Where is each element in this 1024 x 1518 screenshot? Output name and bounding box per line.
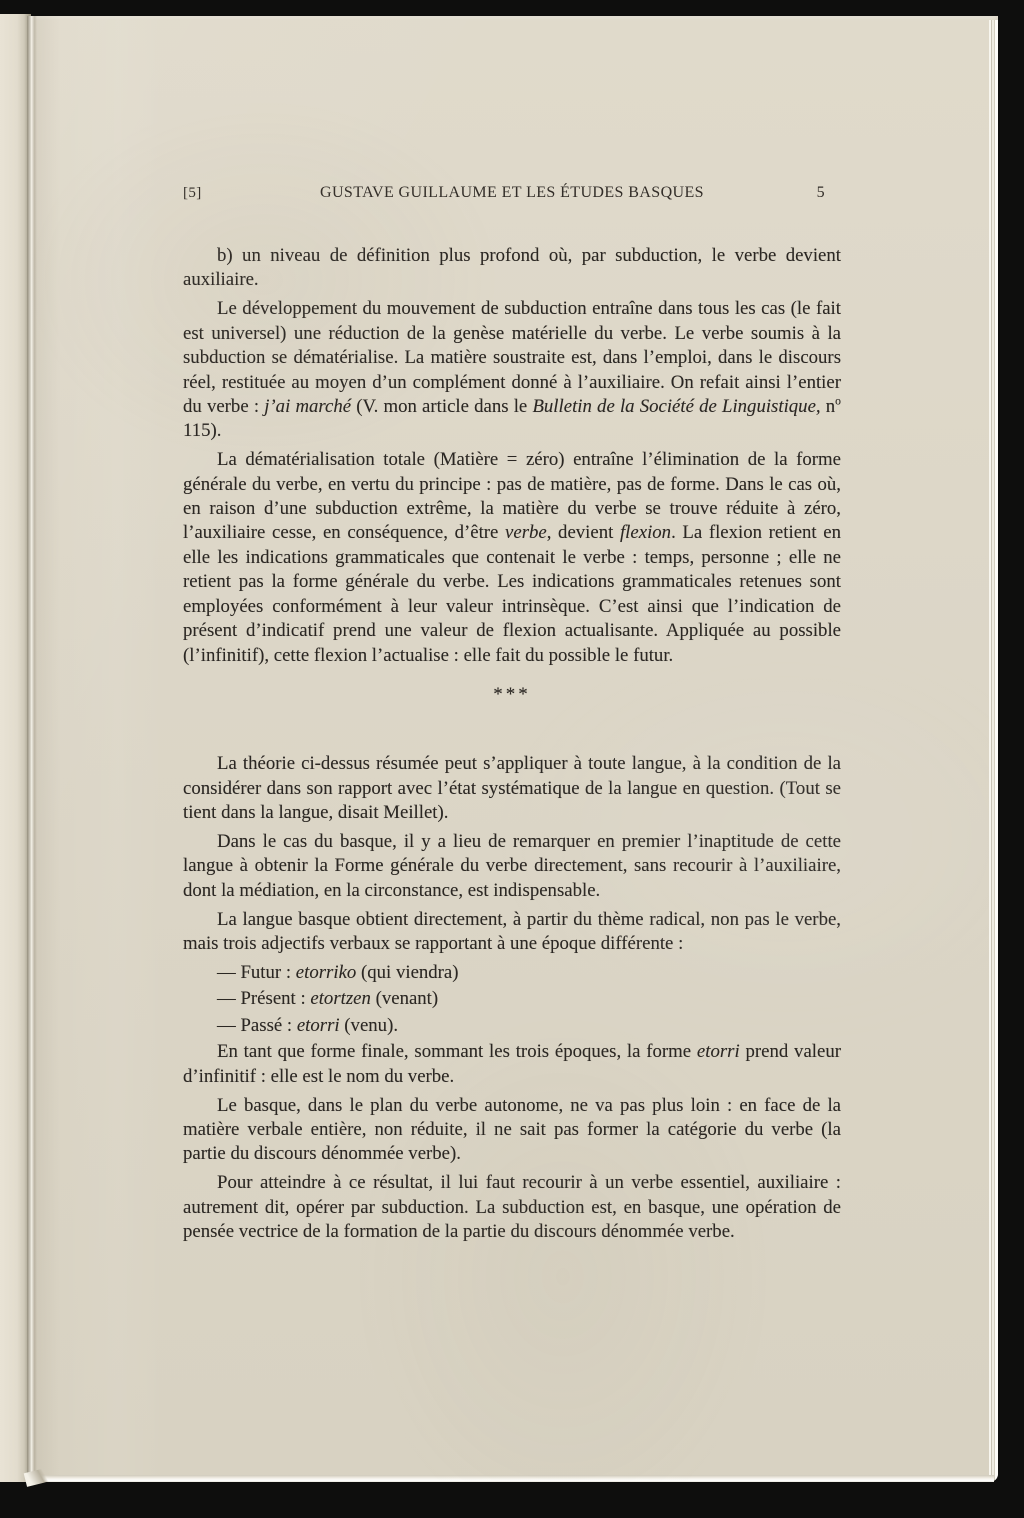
text-run: — Passé : bbox=[217, 1015, 297, 1036]
italic-run: flexion bbox=[620, 522, 671, 543]
italic-run: verbe bbox=[505, 522, 547, 543]
paragraph: Pour atteindre à ce résultat, il lui fau… bbox=[183, 1171, 841, 1244]
page-stack-edge-bottom bbox=[37, 1475, 994, 1482]
book-page: [5] GUSTAVE GUILLAUME ET LES ÉTUDES BASQ… bbox=[31, 16, 998, 1482]
paragraph: La langue basque obtient directement, à … bbox=[183, 908, 841, 957]
text-run: (qui viendra) bbox=[356, 962, 458, 983]
italic-run: etorri bbox=[297, 1015, 340, 1036]
text-run: La théorie ci-dessus résumée peut s’appl… bbox=[183, 753, 841, 823]
text-run: — Présent : bbox=[217, 988, 310, 1009]
paragraph: Dans le cas du basque, il y a lieu de re… bbox=[183, 830, 841, 903]
article-bracket-number: [5] bbox=[183, 185, 243, 202]
italic-run: Bulletin de la Société de Linguistique, bbox=[532, 396, 820, 417]
list-item: — Présent : etortzen (venant) bbox=[183, 987, 841, 1011]
text-run: La langue basque obtient directement, à … bbox=[183, 909, 841, 954]
page-content: [5] GUSTAVE GUILLAUME ET LES ÉTUDES BASQ… bbox=[183, 184, 841, 1249]
superscript-run: o bbox=[835, 395, 841, 408]
text-run: b) un niveau de définition plus profond … bbox=[183, 245, 841, 290]
italic-run: etortzen bbox=[310, 988, 371, 1009]
text-run: , devient bbox=[547, 522, 620, 543]
section-separator: *** bbox=[183, 683, 841, 707]
list-item: — Futur : etorriko (qui viendra) bbox=[183, 961, 841, 985]
text-run: . La flexion retient en elle les indicat… bbox=[183, 522, 841, 665]
text-run: 115). bbox=[183, 420, 221, 441]
list-item: — Passé : etorri (venu). bbox=[183, 1014, 841, 1038]
running-title: GUSTAVE GUILLAUME ET LES ÉTUDES BASQUES bbox=[243, 184, 781, 202]
paragraph: b) un niveau de définition plus profond … bbox=[183, 244, 841, 293]
text-run: (venant) bbox=[371, 988, 438, 1009]
italic-run: j’ai marché bbox=[264, 396, 351, 417]
paragraph: Le basque, dans le plan du verbe autonom… bbox=[183, 1094, 841, 1167]
paragraph: Le développement du mouvement de subduct… bbox=[183, 297, 841, 443]
italic-run: etorri bbox=[697, 1041, 740, 1062]
text-run: Dans le cas du basque, il y a lieu de re… bbox=[183, 831, 841, 901]
text-run: (V. mon article dans le bbox=[351, 396, 532, 417]
binding-crease bbox=[27, 16, 37, 1482]
paragraph: En tant que forme finale, sommant les tr… bbox=[183, 1040, 841, 1089]
page-number: 5 bbox=[781, 184, 841, 202]
running-head: [5] GUSTAVE GUILLAUME ET LES ÉTUDES BASQ… bbox=[183, 184, 841, 202]
text-run: n bbox=[821, 396, 836, 417]
text-run: — Futur : bbox=[217, 962, 296, 983]
paragraph: La théorie ci-dessus résumée peut s’appl… bbox=[183, 752, 841, 825]
text-run: (venu). bbox=[340, 1015, 398, 1036]
text-run: En tant que forme finale, sommant les tr… bbox=[217, 1041, 697, 1062]
page-stack-edge-right bbox=[989, 20, 998, 1482]
body-paragraphs: b) un niveau de définition plus profond … bbox=[183, 244, 841, 1245]
text-run: Le basque, dans le plan du verbe autonom… bbox=[183, 1095, 841, 1165]
italic-run: etorriko bbox=[296, 962, 357, 983]
text-run: Pour atteindre à ce résultat, il lui fau… bbox=[183, 1172, 841, 1242]
paragraph: La dématérialisation totale (Matière = z… bbox=[183, 448, 841, 668]
